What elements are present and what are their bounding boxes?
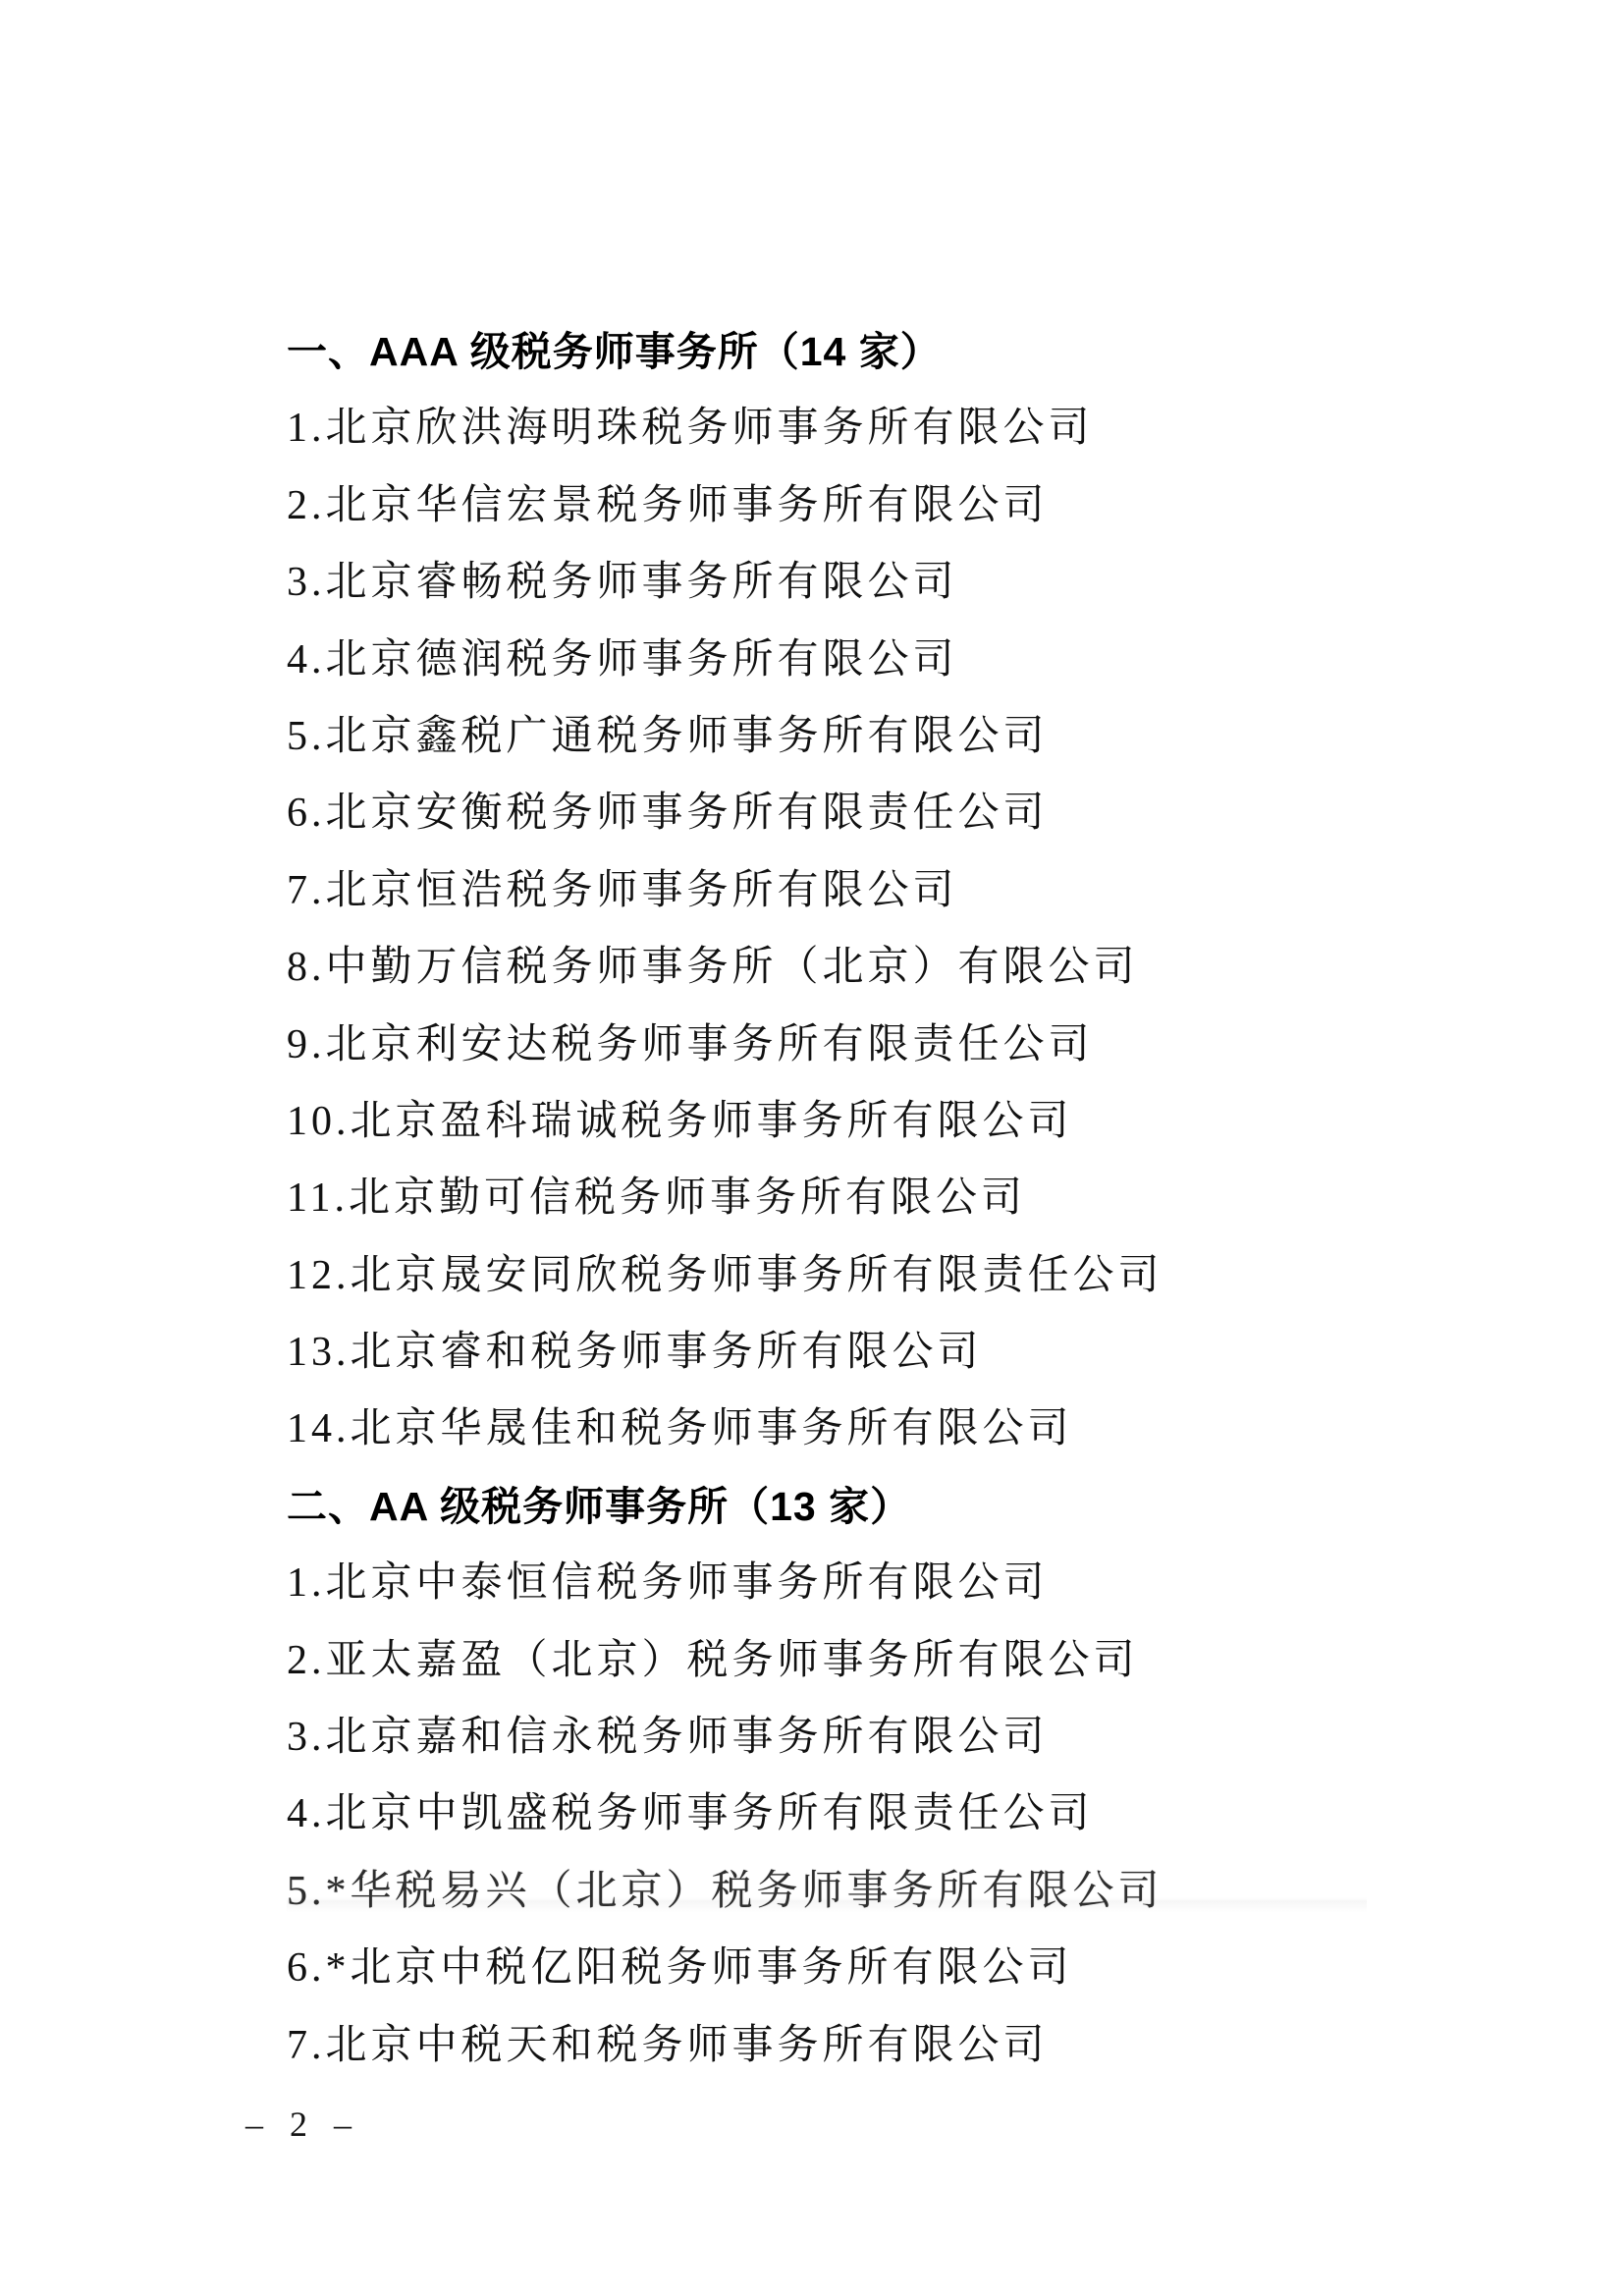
firm-list-item: 10.北京盈科瑞诚税务师事务所有限公司: [287, 1083, 1367, 1160]
firm-list-item: 12.北京晟安同欣税务师事务所有限责任公司: [287, 1237, 1367, 1314]
firm-list-item: 11.北京勤可信税务师事务所有限公司: [287, 1160, 1367, 1236]
section-aaa-firms: 一、AAA 级税务师事务所（14 家） 1.北京欣洪海明珠税务师事务所有限公司2…: [287, 313, 1367, 1468]
firm-list-item: 6.北京安衡税务师事务所有限责任公司: [287, 775, 1367, 851]
firm-list-item: 1.北京中泰恒信税务师事务所有限公司: [287, 1545, 1367, 1621]
firm-list-item: 3.北京嘉和信永税务师事务所有限公司: [287, 1699, 1367, 1776]
section-2-list: 1.北京中泰恒信税务师事务所有限公司2.亚太嘉盈（北京）税务师事务所有限公司3.…: [287, 1545, 1367, 2084]
firm-list-item: 7.北京恒浩税务师事务所有限公司: [287, 852, 1367, 929]
firm-list-item: 13.北京睿和税务师事务所有限公司: [287, 1314, 1367, 1391]
firm-list-item: 9.北京利安达税务师事务所有限责任公司: [287, 1007, 1367, 1083]
section-1-list: 1.北京欣洪海明珠税务师事务所有限公司2.北京华信宏景税务师事务所有限公司3.北…: [287, 390, 1367, 1467]
firm-list-item: 6.*北京中税亿阳税务师事务所有限公司: [287, 1930, 1367, 2006]
firm-list-item: 2.北京华信宏景税务师事务所有限公司: [287, 467, 1367, 544]
text-block: 一、AAA 级税务师事务所（14 家） 1.北京欣洪海明珠税务师事务所有限公司2…: [287, 313, 1367, 2084]
section-aa-firms: 二、AA 级税务师事务所（13 家） 1.北京中泰恒信税务师事务所有限公司2.亚…: [287, 1468, 1367, 2084]
firm-list-item: 4.北京德润税务师事务所有限公司: [287, 622, 1367, 698]
firm-list-item: 4.北京中凯盛税务师事务所有限责任公司: [287, 1776, 1367, 1852]
section-2-heading: 二、AA 级税务师事务所（13 家）: [287, 1468, 1367, 1545]
page-number: – 2 –: [245, 2104, 360, 2145]
firm-list-item: 5.北京鑫税广通税务师事务所有限公司: [287, 698, 1367, 775]
firm-list-item: 2.亚太嘉盈（北京）税务师事务所有限公司: [287, 1622, 1367, 1699]
firm-list-item: 8.中勤万信税务师事务所（北京）有限公司: [287, 929, 1367, 1006]
firm-list-item: 3.北京睿畅税务师事务所有限公司: [287, 544, 1367, 621]
firm-list-item: 7.北京中税天和税务师事务所有限公司: [287, 2007, 1367, 2084]
section-1-heading: 一、AAA 级税务师事务所（14 家）: [287, 313, 1367, 390]
firm-list-item: 5.*华税易兴（北京）税务师事务所有限公司: [287, 1853, 1367, 1930]
firm-list-item: 1.北京欣洪海明珠税务师事务所有限公司: [287, 390, 1367, 466]
document-page: 一、AAA 级税务师事务所（14 家） 1.北京欣洪海明珠税务师事务所有限公司2…: [0, 0, 1623, 2296]
firm-list-item: 14.北京华晟佳和税务师事务所有限公司: [287, 1391, 1367, 1467]
